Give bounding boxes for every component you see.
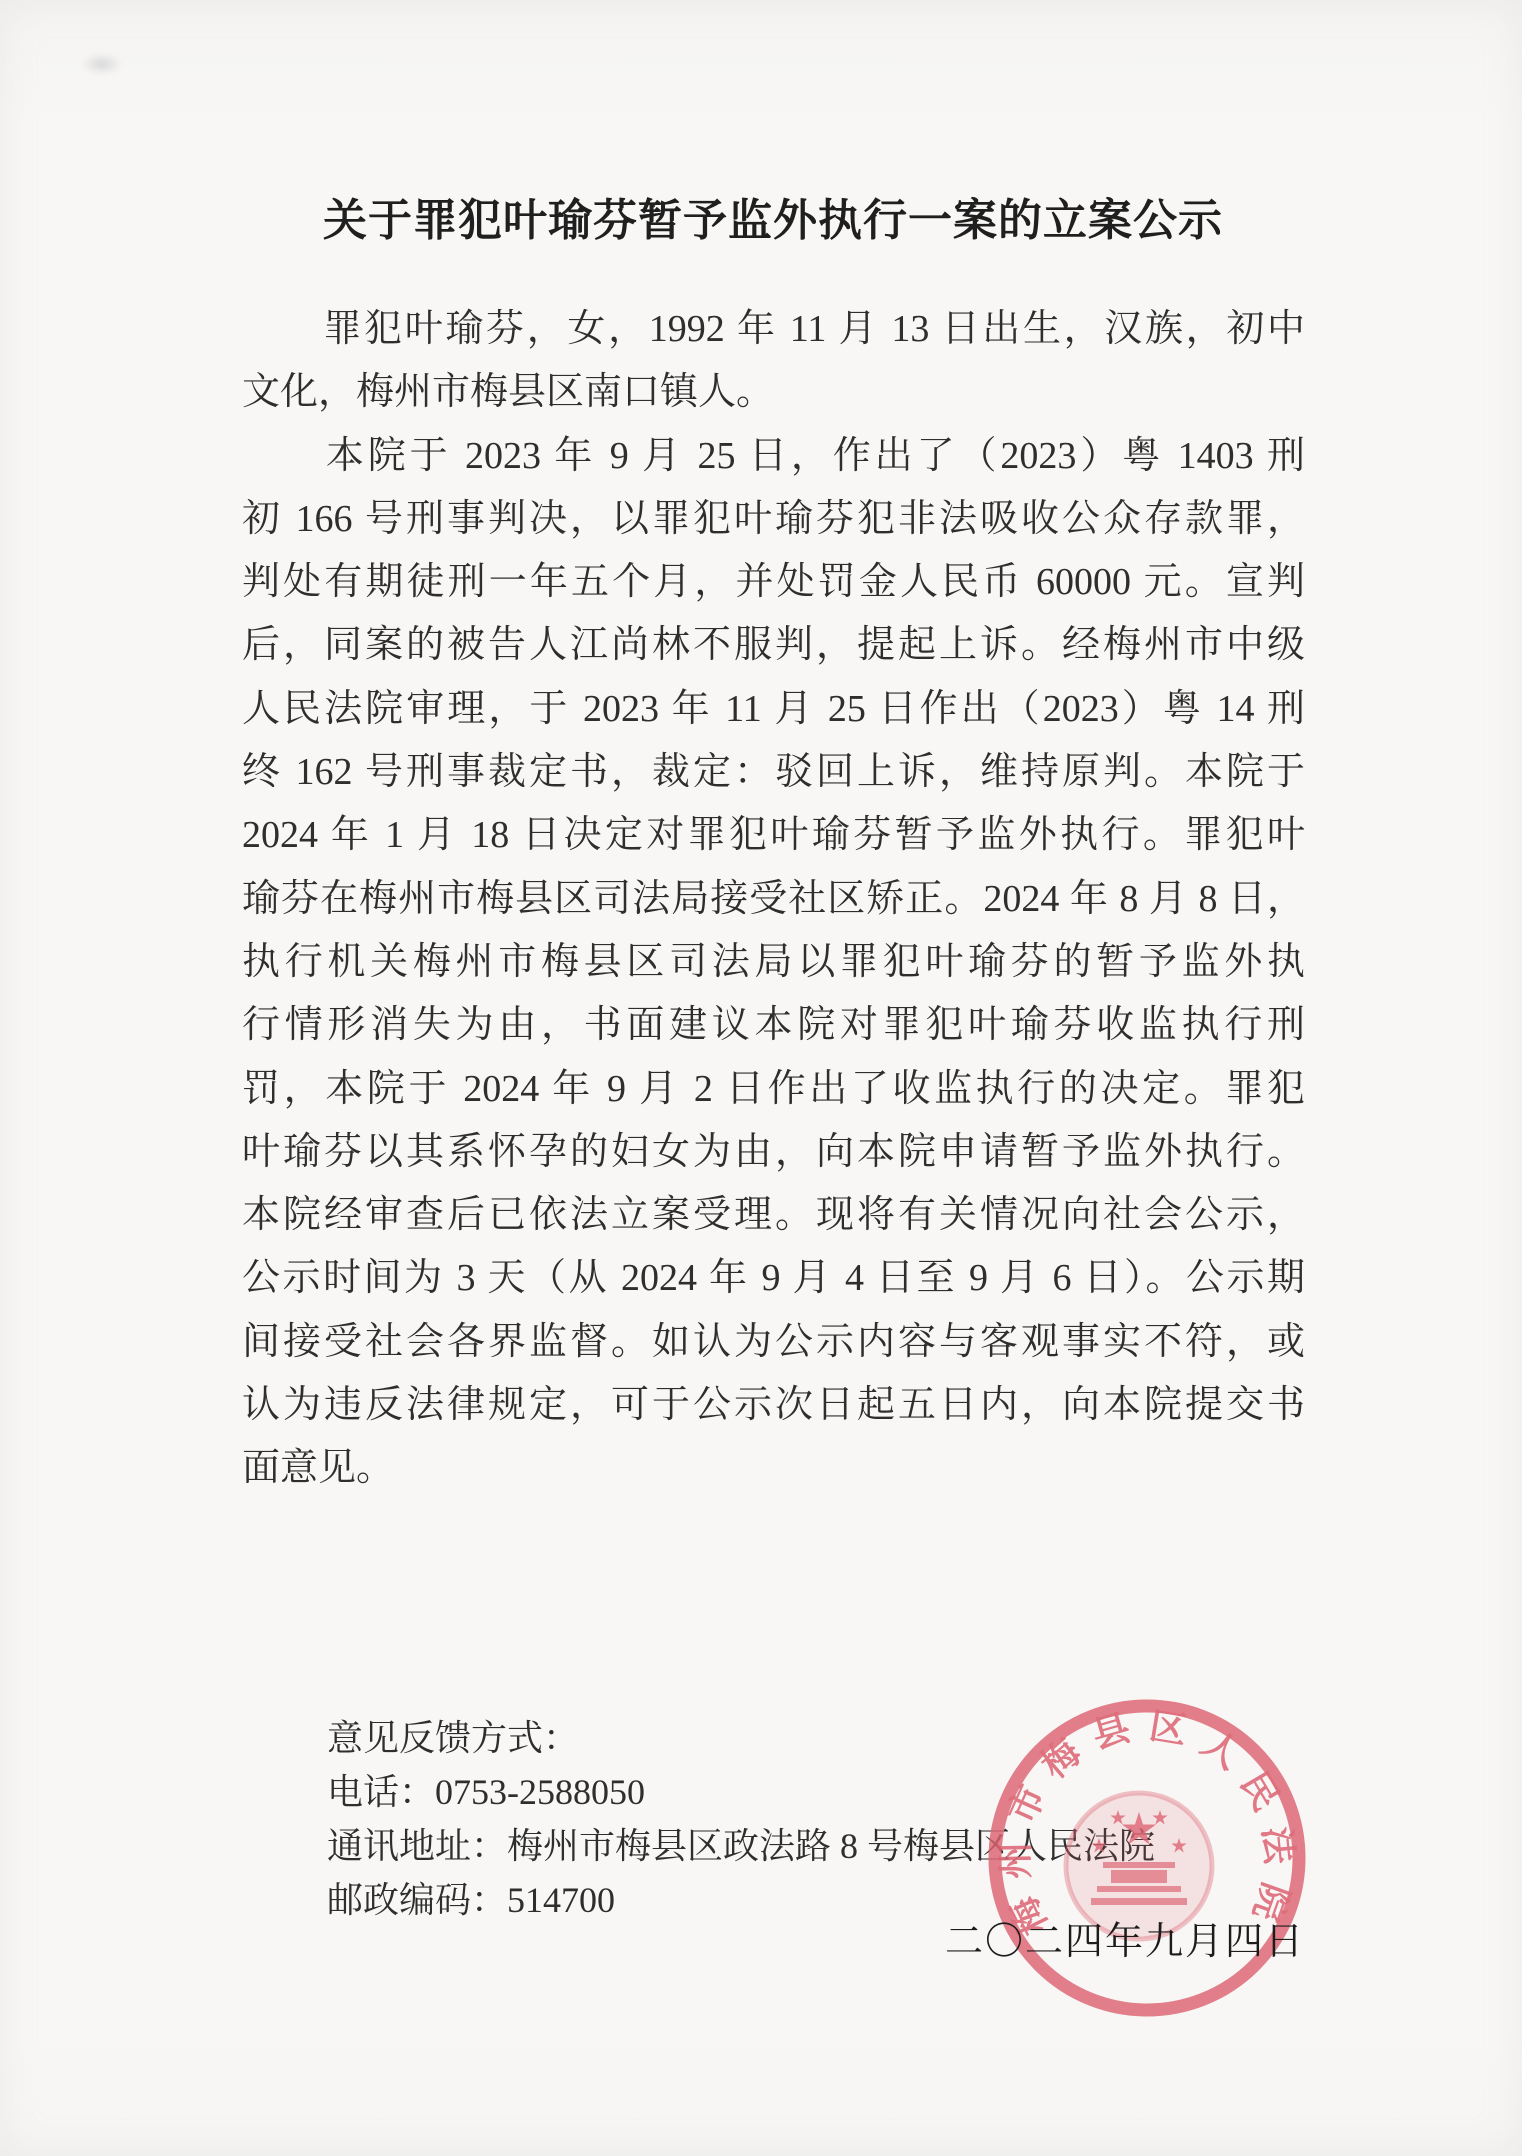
body-line: 本院经审查后已依法立案受理。现将有关情况向社会公示，: [242, 1184, 1305, 1247]
emblem-gate-body: [1111, 1870, 1167, 1883]
body-line: 面意见。: [242, 1437, 1305, 1500]
body-line: 公示时间为 3 天（从 2024 年 9 月 4 日至 9 月 6 日）。公示期: [242, 1247, 1305, 1310]
body-line: 2024 年 1 月 18 日决定对罪犯叶瑜芬暂予监外执行。罪犯叶: [242, 804, 1305, 867]
body-line: 认为违反法律规定，可于公示次日起五日内，向本院提交书: [242, 1374, 1305, 1437]
body-line: 人民法院审理，于 2023 年 11 月 25 日作出（2023）粤 14 刑: [242, 678, 1305, 741]
body-line: 文化，梅州市梅县区南口镇人。: [242, 361, 1305, 424]
body-line: 本院于 2023 年 9 月 25 日，作出了（2023）粤 1403 刑: [242, 425, 1305, 488]
scan-smudge-artifact: [74, 50, 130, 78]
body-line: 终 162 号刑事裁定书，裁定：驳回上诉，维持原判。本院于: [242, 741, 1305, 804]
body-line: 执行机关梅州市梅县区司法局以罪犯叶瑜芬的暂予监外执: [242, 931, 1305, 994]
body-line: 后，同案的被告人江尚林不服判，提起上诉。经梅州市中级: [242, 614, 1305, 677]
body-line: 罪犯叶瑜芬，女，1992 年 11 月 13 日出生，汉族，初中: [242, 298, 1305, 361]
emblem-gate-tier: [1097, 1886, 1181, 1892]
emblem-gate-roof: [1103, 1862, 1175, 1868]
emblem-gate-base: [1091, 1898, 1187, 1905]
document-date: 二〇二四年九月四日: [945, 1910, 1305, 1965]
body-line: 叶瑜芬以其系怀孕的妇女为由，向本院申请暂予监外执行。: [242, 1121, 1305, 1184]
body-line: 行情形消失为由，书面建议本院对罪犯叶瑜芬收监执行刑: [242, 994, 1305, 1057]
document-title: 关于罪犯叶瑜芬暂予监外执行一案的立案公示: [242, 184, 1304, 248]
body-line: 判处有期徒刑一年五个月，并处罚金人民币 60000 元。宣判: [242, 551, 1305, 614]
body-line: 间接受社会各界监督。如认为公示内容与客观事实不符，或: [242, 1311, 1305, 1374]
court-seal: 梅州市梅县区人民法院: [967, 1678, 1327, 2038]
document-page: 关于罪犯叶瑜芬暂予监外执行一案的立案公示 罪犯叶瑜芬，女，1992 年 11 月…: [0, 0, 1522, 2156]
body-line: 瑜芬在梅州市梅县区司法局接受社区矫正。2024 年 8 月 8 日，: [242, 868, 1305, 931]
body-line: 罚，本院于 2024 年 9 月 2 日作出了收监执行的决定。罪犯: [242, 1058, 1305, 1121]
body-line: 初 166 号刑事判决，以罪犯叶瑜芬犯非法吸收公众存款罪，: [242, 488, 1305, 551]
document-body: 罪犯叶瑜芬，女，1992 年 11 月 13 日出生，汉族，初中文化，梅州市梅县…: [242, 298, 1305, 1501]
